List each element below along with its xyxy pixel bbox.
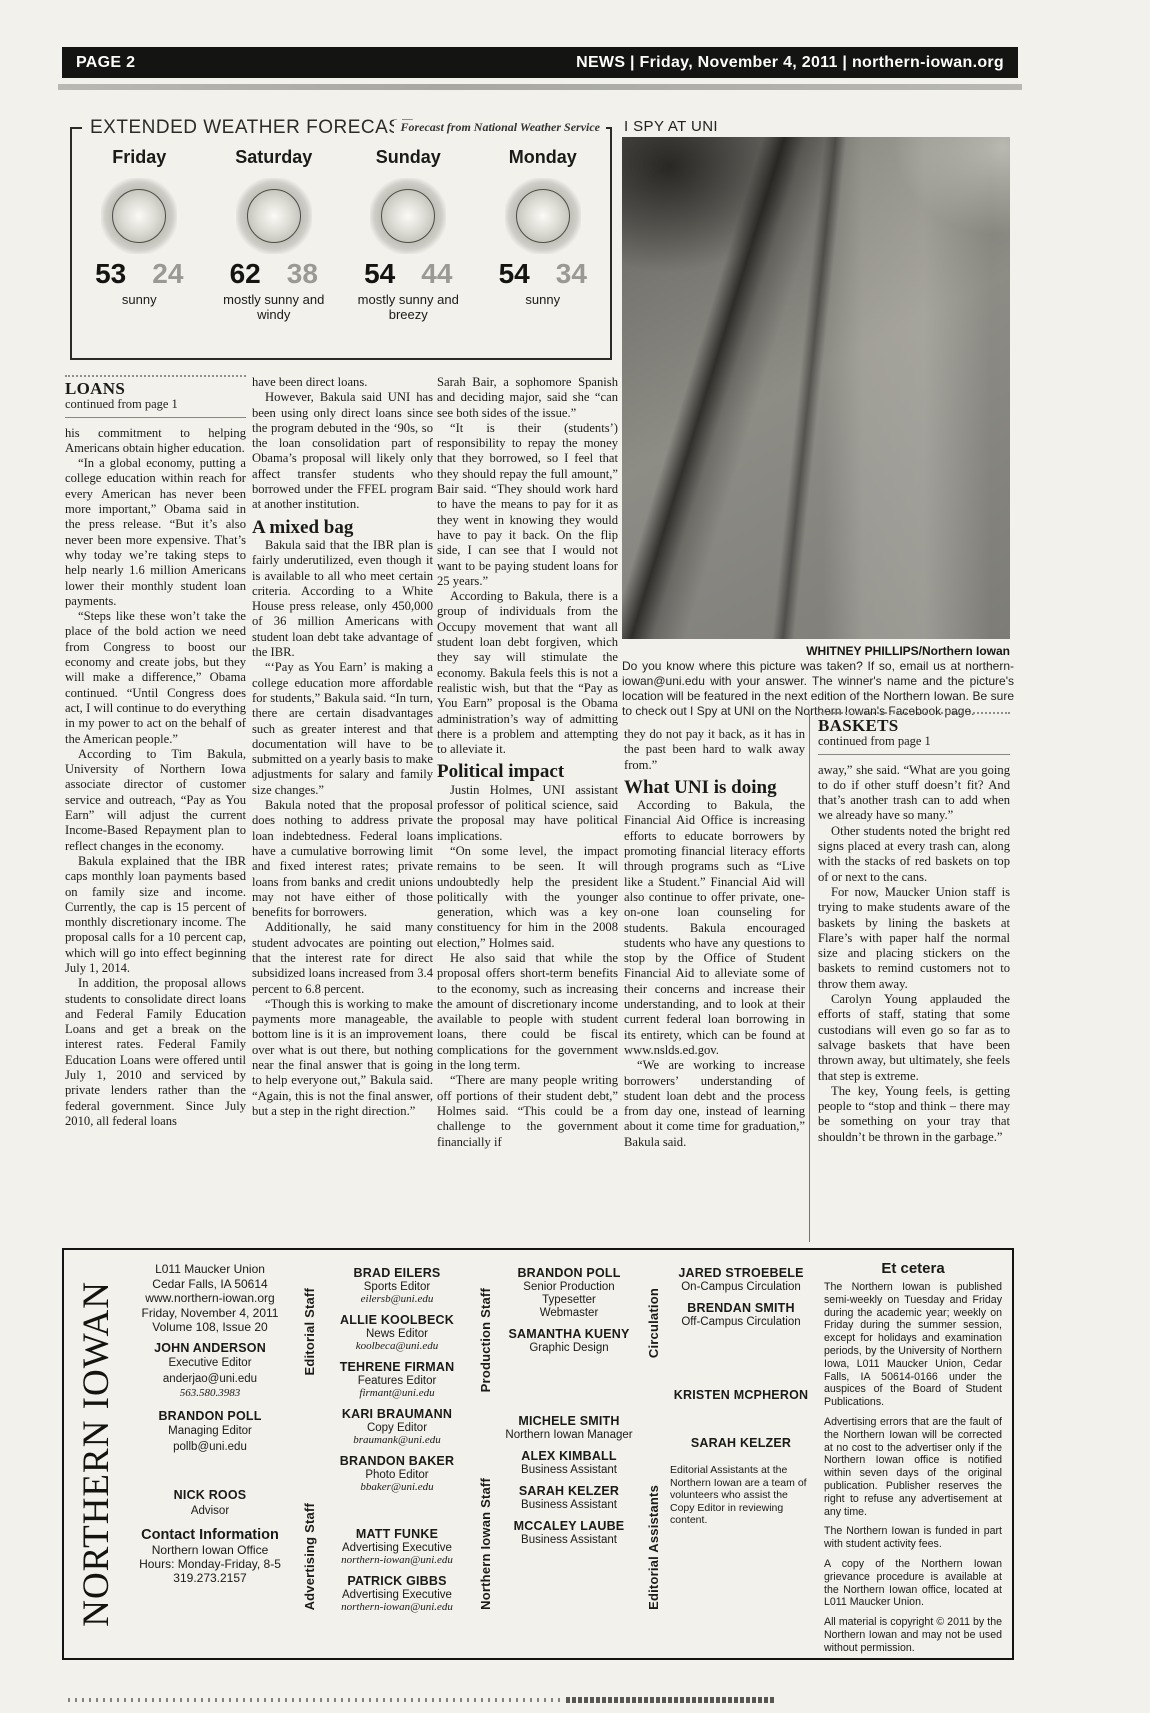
article-paragraph: his commitment to helping Americans obta… [65,426,246,457]
article-paragraph: Sarah Bair, a sophomore Spanish and deci… [437,375,618,421]
page-number: PAGE 2 [76,54,135,72]
article-loans-col4: they do not pay it back, as it has in th… [624,727,805,1243]
photo-caption: Do you know where this picture was taken… [622,659,1014,719]
weather-day-monday: Monday 54 34 sunny [476,147,611,358]
masthead-date: Friday, November 4, 2011 [124,1306,296,1321]
masthead-label-column: Editorial Staff Advertising Staff [296,1258,322,1650]
label-northern-iowan-staff: Northern Iowan Staff [478,1478,493,1610]
high-temp: 54 [364,258,395,290]
et-cetera-paragraph: The Northern Iowan is funded in part wit… [824,1525,1002,1551]
high-temp: 54 [499,258,530,290]
weather-day-sunday: Sunday 54 44 mostly sunny and breezy [341,147,476,358]
staff-member: MCCALEY LAUBE Business Assistant [498,1519,640,1546]
staff-member: SARAH KELZER Business Assistant [498,1484,640,1511]
article-paragraph: “It is their (students’) responsibility … [437,421,618,589]
article-paragraph: He also said that while the proposal off… [437,951,618,1073]
article-paragraph: Other students noted the bright red sign… [818,824,1010,885]
article-paragraph: According to Tim Bakula, University of N… [65,747,246,854]
article-paragraph: Bakula noted that the proposal does noth… [252,798,433,920]
staff-member: BRENDAN SMITH Off-Campus Circulation [666,1301,816,1328]
staff-member: PATRICK GIBBS Advertising Executive nort… [322,1574,472,1613]
header-section-date: NEWS | Friday, November 4, 2011 | northe… [576,54,1004,72]
article-paragraph: According to Bakula, there is a group of… [437,589,618,757]
low-temp: 38 [287,258,318,290]
staff-member: NICK ROOS Advisor [124,1488,296,1518]
masthead-label-column: Circulation Editorial Assistants [640,1258,666,1650]
masthead-address-line: L011 Maucker Union [124,1262,296,1277]
contact-info-title: Contact Information [124,1528,296,1543]
article-paragraph: Bakula explained that the IBR caps month… [65,854,246,976]
article-paragraph: away,” she said. “What are you going to … [818,763,1010,824]
weather-day-friday: Friday 53 24 sunny [72,147,207,358]
et-cetera-column: Et cetera The Northern Iowan is publishe… [816,1258,1006,1650]
staff-member: KARI BRAUMANN Copy Editor braumank@uni.e… [322,1407,472,1446]
high-temp: 62 [230,258,261,290]
staff-member: SARAH KELZER [666,1436,816,1450]
article-paragraph: they do not pay it back, as it has in th… [624,727,805,773]
masthead-editorial-advertising-column: BRAD EILERS Sports Editor eilersb@uni.ed… [322,1258,472,1650]
continuation-slug-baskets: BASKETS continued from page 1 [818,712,1010,755]
et-cetera-title: Et cetera [824,1260,1002,1277]
masthead-website: www.northern-iowan.org [124,1291,296,1306]
staff-member: KRISTEN MCPHERON [666,1388,816,1402]
weather-desc: mostly sunny and windy [214,292,334,322]
staff-member: ALEX KIMBALL Business Assistant [498,1449,640,1476]
editorial-assistants-note: Editorial Assistants at the Northern Iow… [666,1464,816,1527]
slug-title: BASKETS [818,718,1010,733]
contact-info-line: Hours: Monday-Friday, 8-5 [124,1557,296,1571]
continuation-slug-loans: LOANS continued from page 1 [65,375,246,418]
article-baskets-col: BASKETS continued from page 1 away,” she… [818,712,1010,1243]
scan-artifact [68,1698,560,1702]
article-paragraph: “‘Pay as You Earn’ is making a college e… [252,660,433,798]
article-loans-col1: LOANS continued from page 1 his commitme… [65,375,246,1243]
et-cetera-paragraph: All material is copyright © 2011 by the … [824,1616,1002,1654]
staff-member: JOHN ANDERSON Executive Editor anderjao@… [124,1341,296,1401]
sun-icon [101,178,177,254]
contact-info-line: Northern Iowan Office [124,1543,296,1557]
subheading-political-impact: Political impact [437,764,618,779]
high-temp: 53 [95,258,126,290]
masthead-production-staff-column: BRANDON POLL Senior Production Typesette… [498,1258,640,1650]
article-paragraph: Carolyn Young applauded the efforts of s… [818,992,1010,1084]
article-paragraph: Justin Holmes, UNI assistant professor o… [437,783,618,844]
staff-member: ALLIE KOOLBECK News Editor koolbeca@uni.… [322,1313,472,1352]
staff-member: BRANDON POLL Senior Production Typesette… [498,1266,640,1319]
weather-credit: Forecast from National Weather Service [394,120,606,135]
label-editorial-staff: Editorial Staff [302,1288,317,1376]
article-paragraph: The key, Young feels, is getting people … [818,1084,1010,1145]
staff-member: BRANDON BAKER Photo Editor bbaker@uni.ed… [322,1454,472,1493]
article-paragraph: have been direct loans. [252,375,433,390]
label-editorial-assistants: Editorial Assistants [646,1485,661,1610]
page-header-bar: PAGE 2 NEWS | Friday, November 4, 2011 |… [62,47,1018,78]
article-paragraph: In addition, the proposal allows student… [65,976,246,1129]
weather-desc: sunny [525,292,560,307]
article-paragraph: Additionally, he said many student advoc… [252,920,433,996]
low-temp: 44 [421,258,452,290]
slug-continued: continued from page 1 [65,397,246,412]
masthead-box: NORTHERN IOWAN L011 Maucker Union Cedar … [62,1248,1014,1660]
masthead-volume-issue: Volume 108, Issue 20 [124,1320,296,1335]
staff-member: BRANDON POLL Managing Editor pollb@uni.e… [124,1409,296,1455]
article-paragraph: “In a global economy, putting a college … [65,456,246,609]
article-paragraph: For now, Maucker Union staff is trying t… [818,885,1010,992]
article-loans-col2: have been direct loans. However, Bakula … [252,375,433,1243]
staff-member: MICHELE SMITH Northern Iowan Manager [498,1414,640,1441]
et-cetera-paragraph: Advertising errors that are the fault of… [824,1416,1002,1518]
ispy-photo [622,137,1010,639]
newspaper-page: PAGE 2 NEWS | Friday, November 4, 2011 |… [0,0,1150,1713]
nameplate-vertical: NORTHERN IOWAN [68,1258,124,1650]
label-circulation: Circulation [646,1288,661,1358]
weather-desc: sunny [122,292,157,307]
slug-continued: continued from page 1 [818,734,1010,749]
article-paragraph: However, Bakula said UNI has been using … [252,390,433,512]
article-loans-col3: Sarah Bair, a sophomore Spanish and deci… [437,375,618,1243]
article-paragraph: “There are many people writing off porti… [437,1073,618,1149]
label-production-staff: Production Staff [478,1288,493,1392]
masthead-info-column: L011 Maucker Union Cedar Falls, IA 50614… [124,1258,296,1650]
weather-day-saturday: Saturday 62 38 mostly sunny and windy [207,147,342,358]
subheading-a-mixed-bag: A mixed bag [252,520,433,535]
sun-icon [505,178,581,254]
staff-member: MATT FUNKE Advertising Executive norther… [322,1527,472,1566]
label-advertising-staff: Advertising Staff [302,1503,317,1610]
sun-icon [370,178,446,254]
et-cetera-paragraph: A copy of the Northern Iowan grievance p… [824,1558,1002,1609]
subheading-what-uni-is-doing: What UNI is doing [624,780,805,795]
article-paragraph: “On some level, the impact remains to be… [437,844,618,951]
slug-title: LOANS [65,381,246,396]
low-temp: 34 [556,258,587,290]
masthead-circulation-column: JARED STROEBELE On-Campus Circulation BR… [666,1258,816,1650]
staff-member: SAMANTHA KUENY Graphic Design [498,1327,640,1354]
article-paragraph: Bakula said that the IBR plan is fairly … [252,538,433,660]
staff-member: TEHRENE FIRMAN Features Editor firmant@u… [322,1360,472,1399]
masthead-address-line: Cedar Falls, IA 50614 [124,1277,296,1292]
photo-credit: WHITNEY PHILLIPS/Northern Iowan [622,644,1010,658]
weather-title: EXTENDED WEATHER FORECAST [82,117,422,139]
article-paragraph: According to Bakula, the Financial Aid O… [624,798,805,1058]
article-paragraph: “We are working to increase borrowers’ u… [624,1058,805,1150]
contact-info-line: 319.273.2157 [124,1571,296,1585]
article-paragraph: “Steps like these won’t take the place o… [65,609,246,747]
scan-shadow-line [58,84,1022,90]
sun-icon [236,178,312,254]
article-paragraph: “Though this is working to make payments… [252,997,433,1119]
scan-artifact [566,1697,776,1703]
ispy-section-title: I SPY AT UNI [624,118,718,135]
weather-forecast-box: EXTENDED WEATHER FORECAST Forecast from … [70,127,612,360]
masthead-label-column: Production Staff Northern Iowan Staff [472,1258,498,1650]
low-temp: 24 [152,258,183,290]
column-divider [809,714,810,1242]
staff-member: JARED STROEBELE On-Campus Circulation [666,1266,816,1293]
weather-desc: mostly sunny and breezy [348,292,468,322]
et-cetera-paragraph: The Northern Iowan is published semi-wee… [824,1281,1002,1409]
staff-member: BRAD EILERS Sports Editor eilersb@uni.ed… [322,1266,472,1305]
